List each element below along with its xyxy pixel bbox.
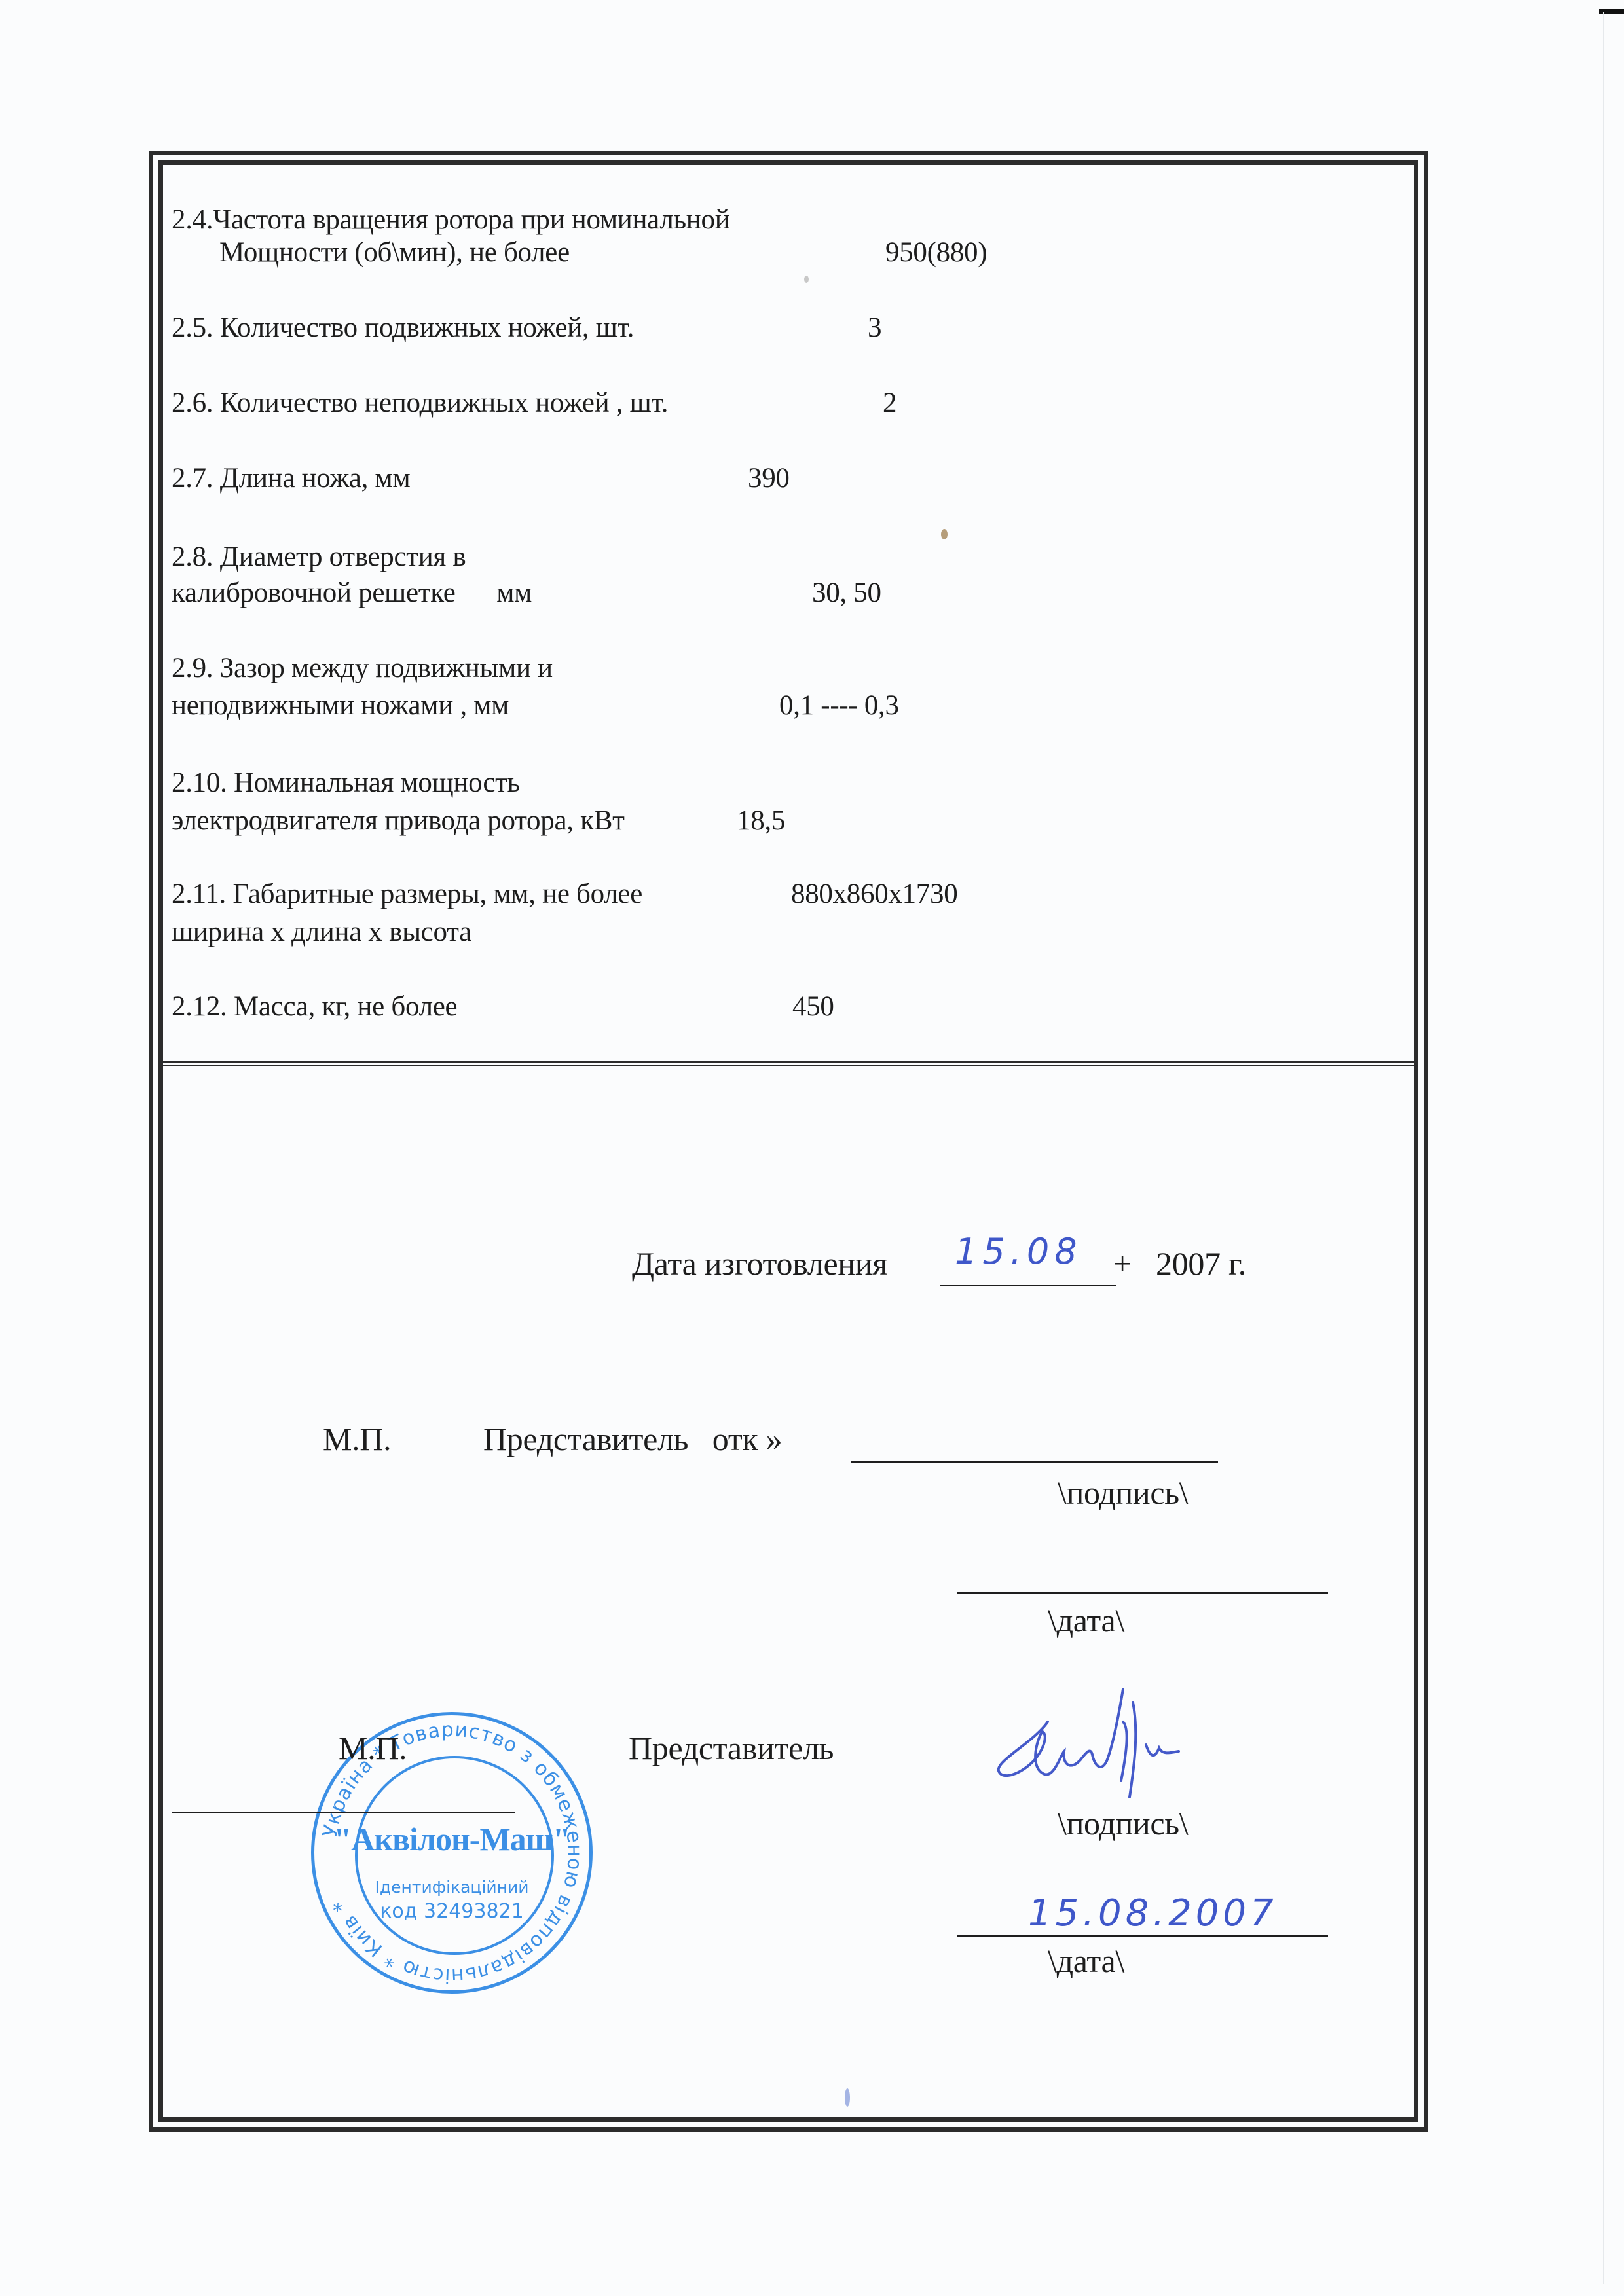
spec-2-10-value: 18,5	[737, 804, 785, 838]
otk-signature-caption: \подпись\	[1058, 1473, 1188, 1512]
spec-2-8-label-cont: калибровочной решетке мм	[172, 576, 532, 610]
otk-representative-label: Представитель отк »	[483, 1419, 782, 1459]
spec-2-8-label: 2.8. Диаметр отверстия в	[172, 540, 466, 574]
spec-2-5-value: 3	[868, 311, 881, 345]
spec-2-10-label-cont: электродвигателя привода ротора, кВт	[172, 804, 625, 838]
spec-2-11-label-cont: ширина х длина х высота	[172, 915, 471, 949]
company-signature-caption: \подпись\	[1058, 1804, 1188, 1843]
spec-2-7-value: 390	[748, 462, 790, 496]
spec-2-9-label-cont: неподвижными ножами , мм	[172, 689, 509, 723]
spec-2-8-value: 30, 50	[812, 576, 881, 610]
company-mp-label: М.П.	[339, 1728, 407, 1768]
scan-speck	[804, 276, 809, 283]
spec-2-10-label: 2.10. Номинальная мощность	[172, 766, 520, 800]
handwritten-manufacture-date: 15.08	[955, 1231, 1082, 1272]
spec-2-11-label: 2.11. Габаритные размеры, мм, не более	[172, 877, 642, 911]
company-date-line[interactable]	[957, 1935, 1328, 1937]
scan-speck	[941, 529, 948, 539]
otk-date-caption: \дата\	[1048, 1601, 1124, 1640]
spec-2-6-label: 2.6. Количество неподвижных ножей , шт.	[172, 386, 668, 420]
section-divider	[163, 1061, 1414, 1066]
spec-2-9-label: 2.9. Зазор между подвижными и	[172, 651, 553, 685]
company-representative-label: Представитель	[629, 1728, 834, 1768]
manufacture-date-label: Дата изготовления	[632, 1244, 887, 1283]
spec-2-4-value: 950(880)	[885, 236, 987, 270]
otk-signature-line[interactable]	[851, 1461, 1218, 1463]
paper-edge	[1603, 12, 1604, 2284]
manufacture-mark: +	[1113, 1244, 1132, 1283]
otk-date-line[interactable]	[957, 1592, 1328, 1594]
spec-2-12-value: 450	[792, 990, 834, 1024]
company-date-caption: \дата\	[1048, 1941, 1124, 1980]
manufacture-date-underline	[940, 1285, 1116, 1286]
spec-2-9-value: 0,1 ---- 0,3	[779, 689, 899, 723]
spec-2-4-label: 2.4.Частота вращения ротора при номиналь…	[172, 203, 729, 237]
stamp-id-code: код 32493821	[314, 1900, 589, 1923]
stamp-id-label: Ідентифікаційний	[314, 1878, 589, 1897]
spec-2-11-value: 880х860х1730	[791, 877, 957, 911]
company-left-line[interactable]	[172, 1812, 515, 1813]
stamp-company-name: "Аквілон-Маш"	[314, 1820, 589, 1858]
ink-speck	[845, 2088, 850, 2107]
spec-2-5-label: 2.5. Количество подвижных ножей, шт.	[172, 311, 634, 345]
spec-2-4-label-cont: Мощности (об\мин), не более	[219, 236, 570, 270]
handwritten-signature	[982, 1683, 1231, 1800]
manufacture-year: 2007 г.	[1156, 1244, 1246, 1283]
spec-2-6-value: 2	[883, 386, 896, 420]
otk-mp-label: М.П.	[323, 1419, 391, 1459]
spec-2-7-label: 2.7. Длина ножа, мм	[172, 462, 410, 496]
spec-2-12-label: 2.12. Масса, кг, не более	[172, 990, 457, 1024]
handwritten-sign-date: 15.08.2007	[1028, 1892, 1278, 1935]
